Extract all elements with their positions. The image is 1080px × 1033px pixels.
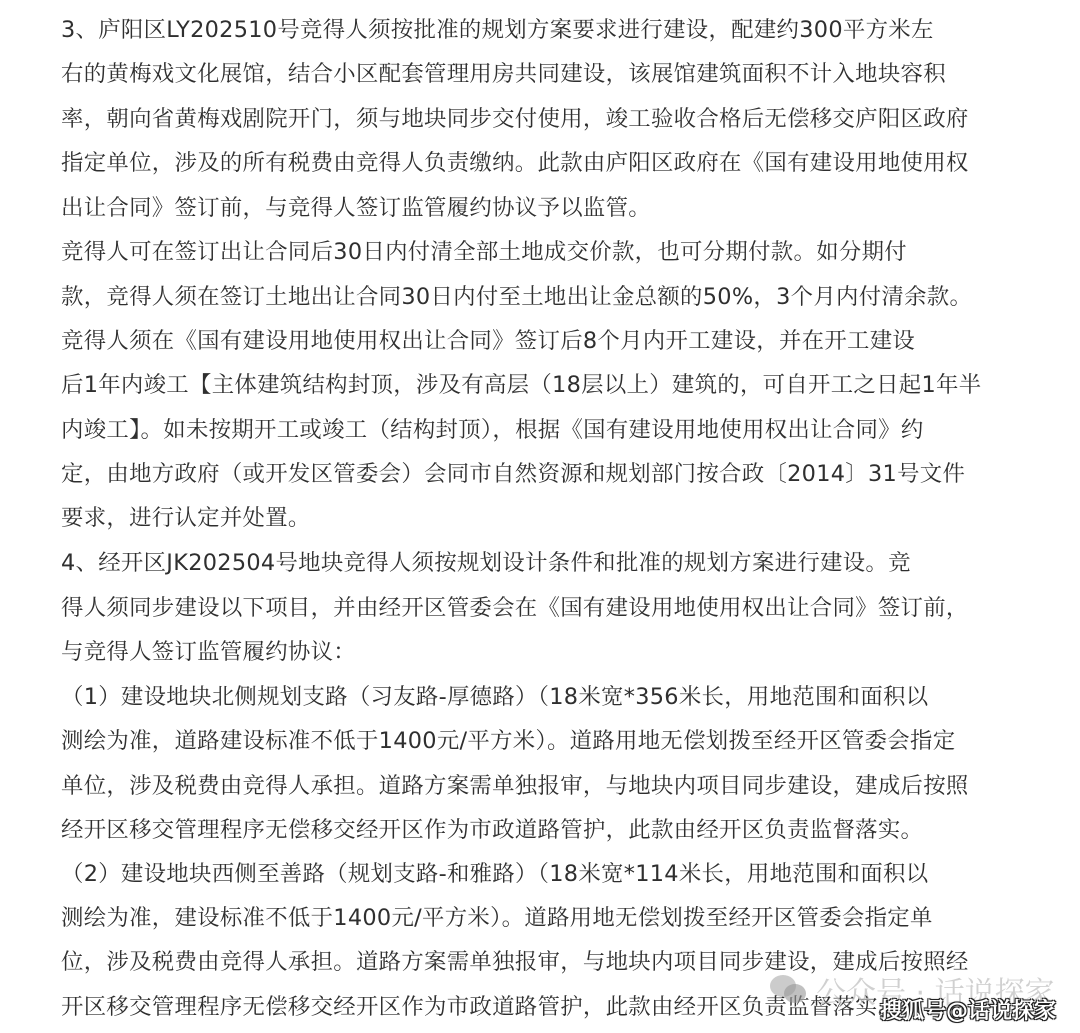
text-line: 右的黄梅戏文化展馆，结合小区配套管理用房共同建设，该展馆建筑面积不计入地块容积: [61, 59, 946, 89]
text-line: 得人须同步建设以下项目，并由经开区管委会在《国有建设用地使用权出让合同》签订前，: [61, 593, 969, 623]
text-line: 要求，进行认定并处置。: [61, 503, 311, 533]
text-line: 竞得人须在《国有建设用地使用权出让合同》签订后8个月内开工建设，并在开工建设: [61, 326, 915, 356]
sohu-watermark: 搜狐号@话说探家: [880, 994, 1056, 1025]
text-line: 测绘为准，建设标准不低于1400元/平方米）。道路用地无偿划拨至经开区管委会指定…: [61, 903, 933, 933]
text-line: 款，竞得人须在签订土地出让合同30日内付至土地出让金总额的50%，3个月内付清余…: [61, 282, 972, 312]
text-line: 测绘为准，道路建设标准不低于1400元/平方米）。道路用地无偿划拨至经开区管委会…: [61, 726, 955, 756]
text-line: 竞得人可在签订出让合同后30日内付清全部土地成交价款，也可分期付款。如分期付: [61, 237, 907, 267]
text-line: 单位，涉及税费由竞得人承担。道路方案需单独报审，与地块内项目同步建设，建成后按照: [61, 771, 969, 801]
text-line: 后1年内竣工【主体建筑结构封顶，涉及有高层（18层以上）建筑的，可自开工之日起1…: [61, 370, 981, 400]
text-line: 与竞得人签订监管履约协议：: [61, 637, 356, 667]
text-line: 经开区移交管理程序无偿移交经开区作为市政道路管护，此款由经开区负责监督落实。: [61, 815, 923, 845]
text-line: （1）建设地块北侧规划支路（习友路-厚德路）（18米宽*356米长，用地范围和面…: [61, 682, 928, 712]
text-line: 定，由地方政府（或开发区管委会）会同市自然资源和规划部门按合政〔2014〕31号…: [61, 459, 965, 489]
text-line: 4、经开区JK202504号地块竞得人须按规划设计条件和批准的规划方案进行建设。…: [61, 548, 911, 578]
text-line: 指定单位，涉及的所有税费由竞得人负责缴纳。此款由庐阳区政府在《国有建设用地使用权: [61, 148, 969, 178]
text-line: 内竣工】。如未按期开工或竣工（结构封顶），根据《国有建设用地使用权出让合同》约: [61, 415, 924, 445]
text-line: （2）建设地块西侧至善路（规划支路-和雅路）（18米宽*114米长，用地范围和面…: [61, 859, 928, 889]
document-page: 3、庐阳区LY202510号竞得人须按批准的规划方案要求进行建设，配建约300平…: [0, 0, 1080, 1033]
text-line: 出让合同》签订前，与竞得人签订监管履约协议予以监管。: [61, 193, 651, 223]
text-line: 3、庐阳区LY202510号竞得人须按批准的规划方案要求进行建设，配建约300平…: [61, 15, 934, 45]
text-line: 率，朝向省黄梅戏剧院开门，须与地块同步交付使用，竣工验收合格后无偿移交庐阳区政府: [61, 104, 969, 134]
wechat-icon: [770, 975, 808, 1005]
